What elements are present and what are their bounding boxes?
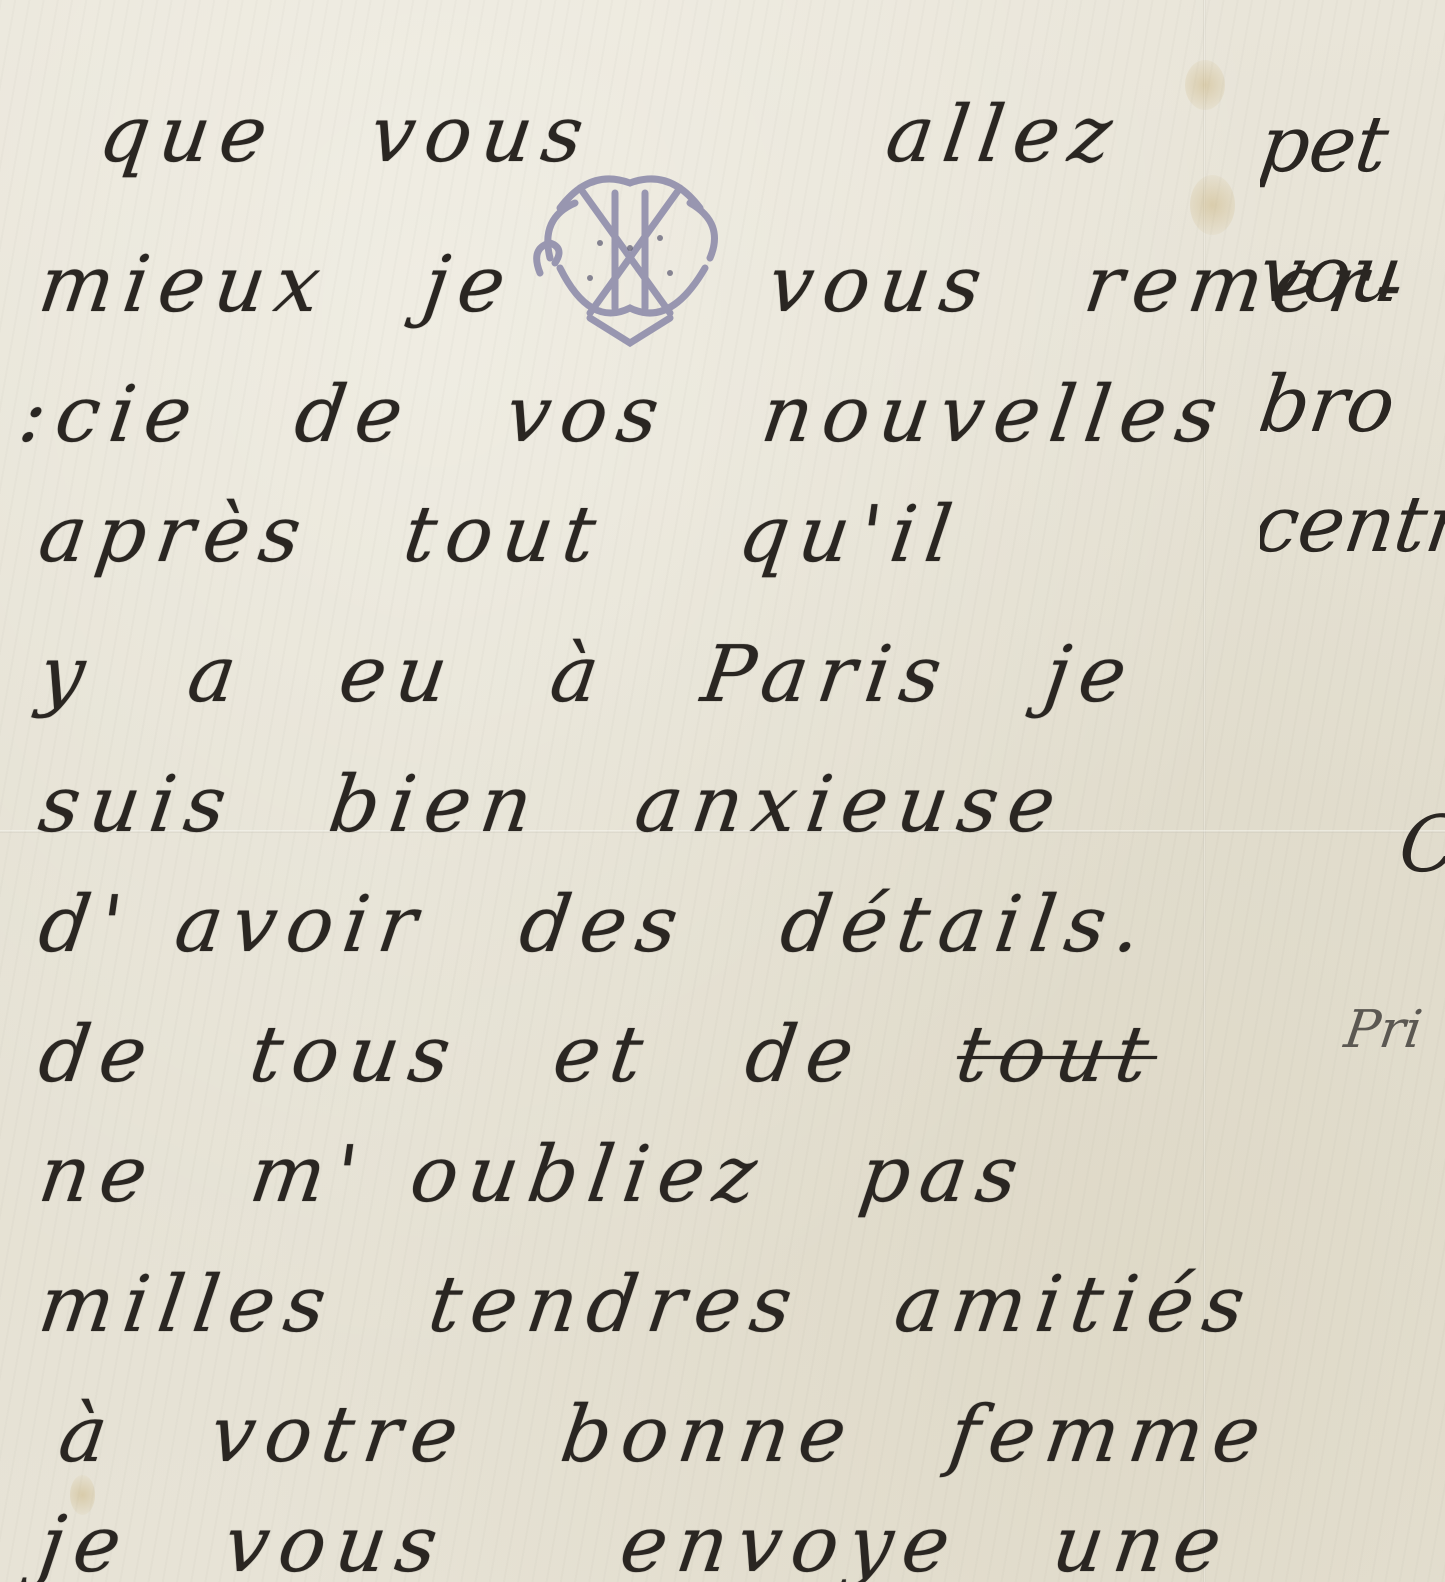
word: vous — [763, 240, 997, 330]
text-line: milles tendres amitiés — [34, 1260, 1320, 1350]
text-line: mieux je vous remer- — [34, 240, 1445, 330]
word: tous — [245, 1010, 466, 1100]
word: :cie — [14, 370, 208, 460]
word: envoye — [615, 1500, 965, 1582]
word: et — [548, 1010, 658, 1100]
text-line: suis bien anxieuse — [34, 760, 1131, 850]
fragment-text: bro — [1260, 360, 1401, 450]
word: eu — [334, 630, 463, 720]
struck-word: tout — [951, 1010, 1164, 1100]
word: Paris — [696, 630, 956, 720]
word: détails. — [775, 880, 1156, 970]
text-line: de tous et de tout — [34, 1010, 1224, 1100]
fragment-text: C — [1394, 800, 1445, 890]
word: pas — [854, 1130, 1033, 1220]
text-line: à votre bonne femme — [54, 1390, 1336, 1480]
word: allez — [881, 90, 1127, 180]
word: que — [94, 90, 283, 180]
word: je — [1039, 630, 1142, 720]
text-line: que vous allez — [94, 90, 1188, 180]
word: après — [34, 490, 317, 580]
text-line: après tout qu'il — [34, 490, 1028, 580]
word: suis — [34, 760, 242, 850]
text-line: :cie de vos nouvelles — [14, 370, 1293, 460]
paper-stain — [1185, 60, 1225, 110]
word: de — [290, 370, 419, 460]
fragment-text: vou — [1260, 230, 1408, 320]
word: m' — [245, 1130, 373, 1220]
word: des — [514, 880, 693, 970]
word: amitiés — [889, 1260, 1260, 1350]
word: mieux — [34, 240, 336, 330]
word: ne — [34, 1130, 163, 1220]
letter-page: que vous allez mieux je vous remer- :cie… — [0, 0, 1445, 1582]
word: tout — [398, 490, 611, 580]
word: d' — [34, 880, 138, 970]
fragment-text: pet — [1260, 100, 1394, 190]
word: milles — [34, 1260, 342, 1350]
word: votre — [205, 1390, 473, 1480]
text-line: y a eu à Paris je — [34, 630, 1202, 720]
word: femme — [944, 1390, 1276, 1480]
pencil-fragment-text: Pri — [1341, 1000, 1426, 1060]
word: tendres — [423, 1260, 807, 1350]
word: à — [545, 630, 614, 720]
word: avoir — [170, 880, 432, 970]
paper-stain — [1190, 175, 1235, 235]
word: une — [1047, 1500, 1236, 1582]
word: vous — [219, 1500, 453, 1582]
word: y — [34, 630, 101, 720]
word: nouvelles — [756, 370, 1232, 460]
fragment-text: centr — [1260, 480, 1445, 570]
word: anxieuse — [630, 760, 1071, 850]
word: à — [54, 1390, 123, 1480]
word: je — [418, 240, 521, 330]
word: oubliez — [405, 1130, 772, 1220]
word: je — [34, 1500, 137, 1582]
right-page-fragment: pet vou bro centr C Pri — [1260, 80, 1445, 1580]
word: a — [183, 630, 252, 720]
word: bien — [324, 760, 548, 850]
text-line: ne m' oubliez pas — [34, 1130, 1094, 1220]
word: de — [740, 1010, 869, 1100]
word: vous — [365, 90, 599, 180]
word: de — [34, 1010, 163, 1100]
word: bonne — [556, 1390, 862, 1480]
word: vos — [500, 370, 674, 460]
word: qu'il — [733, 490, 967, 580]
text-line: d' avoir des détails. — [34, 880, 1217, 970]
text-line: je vous envoye une — [34, 1500, 1297, 1582]
